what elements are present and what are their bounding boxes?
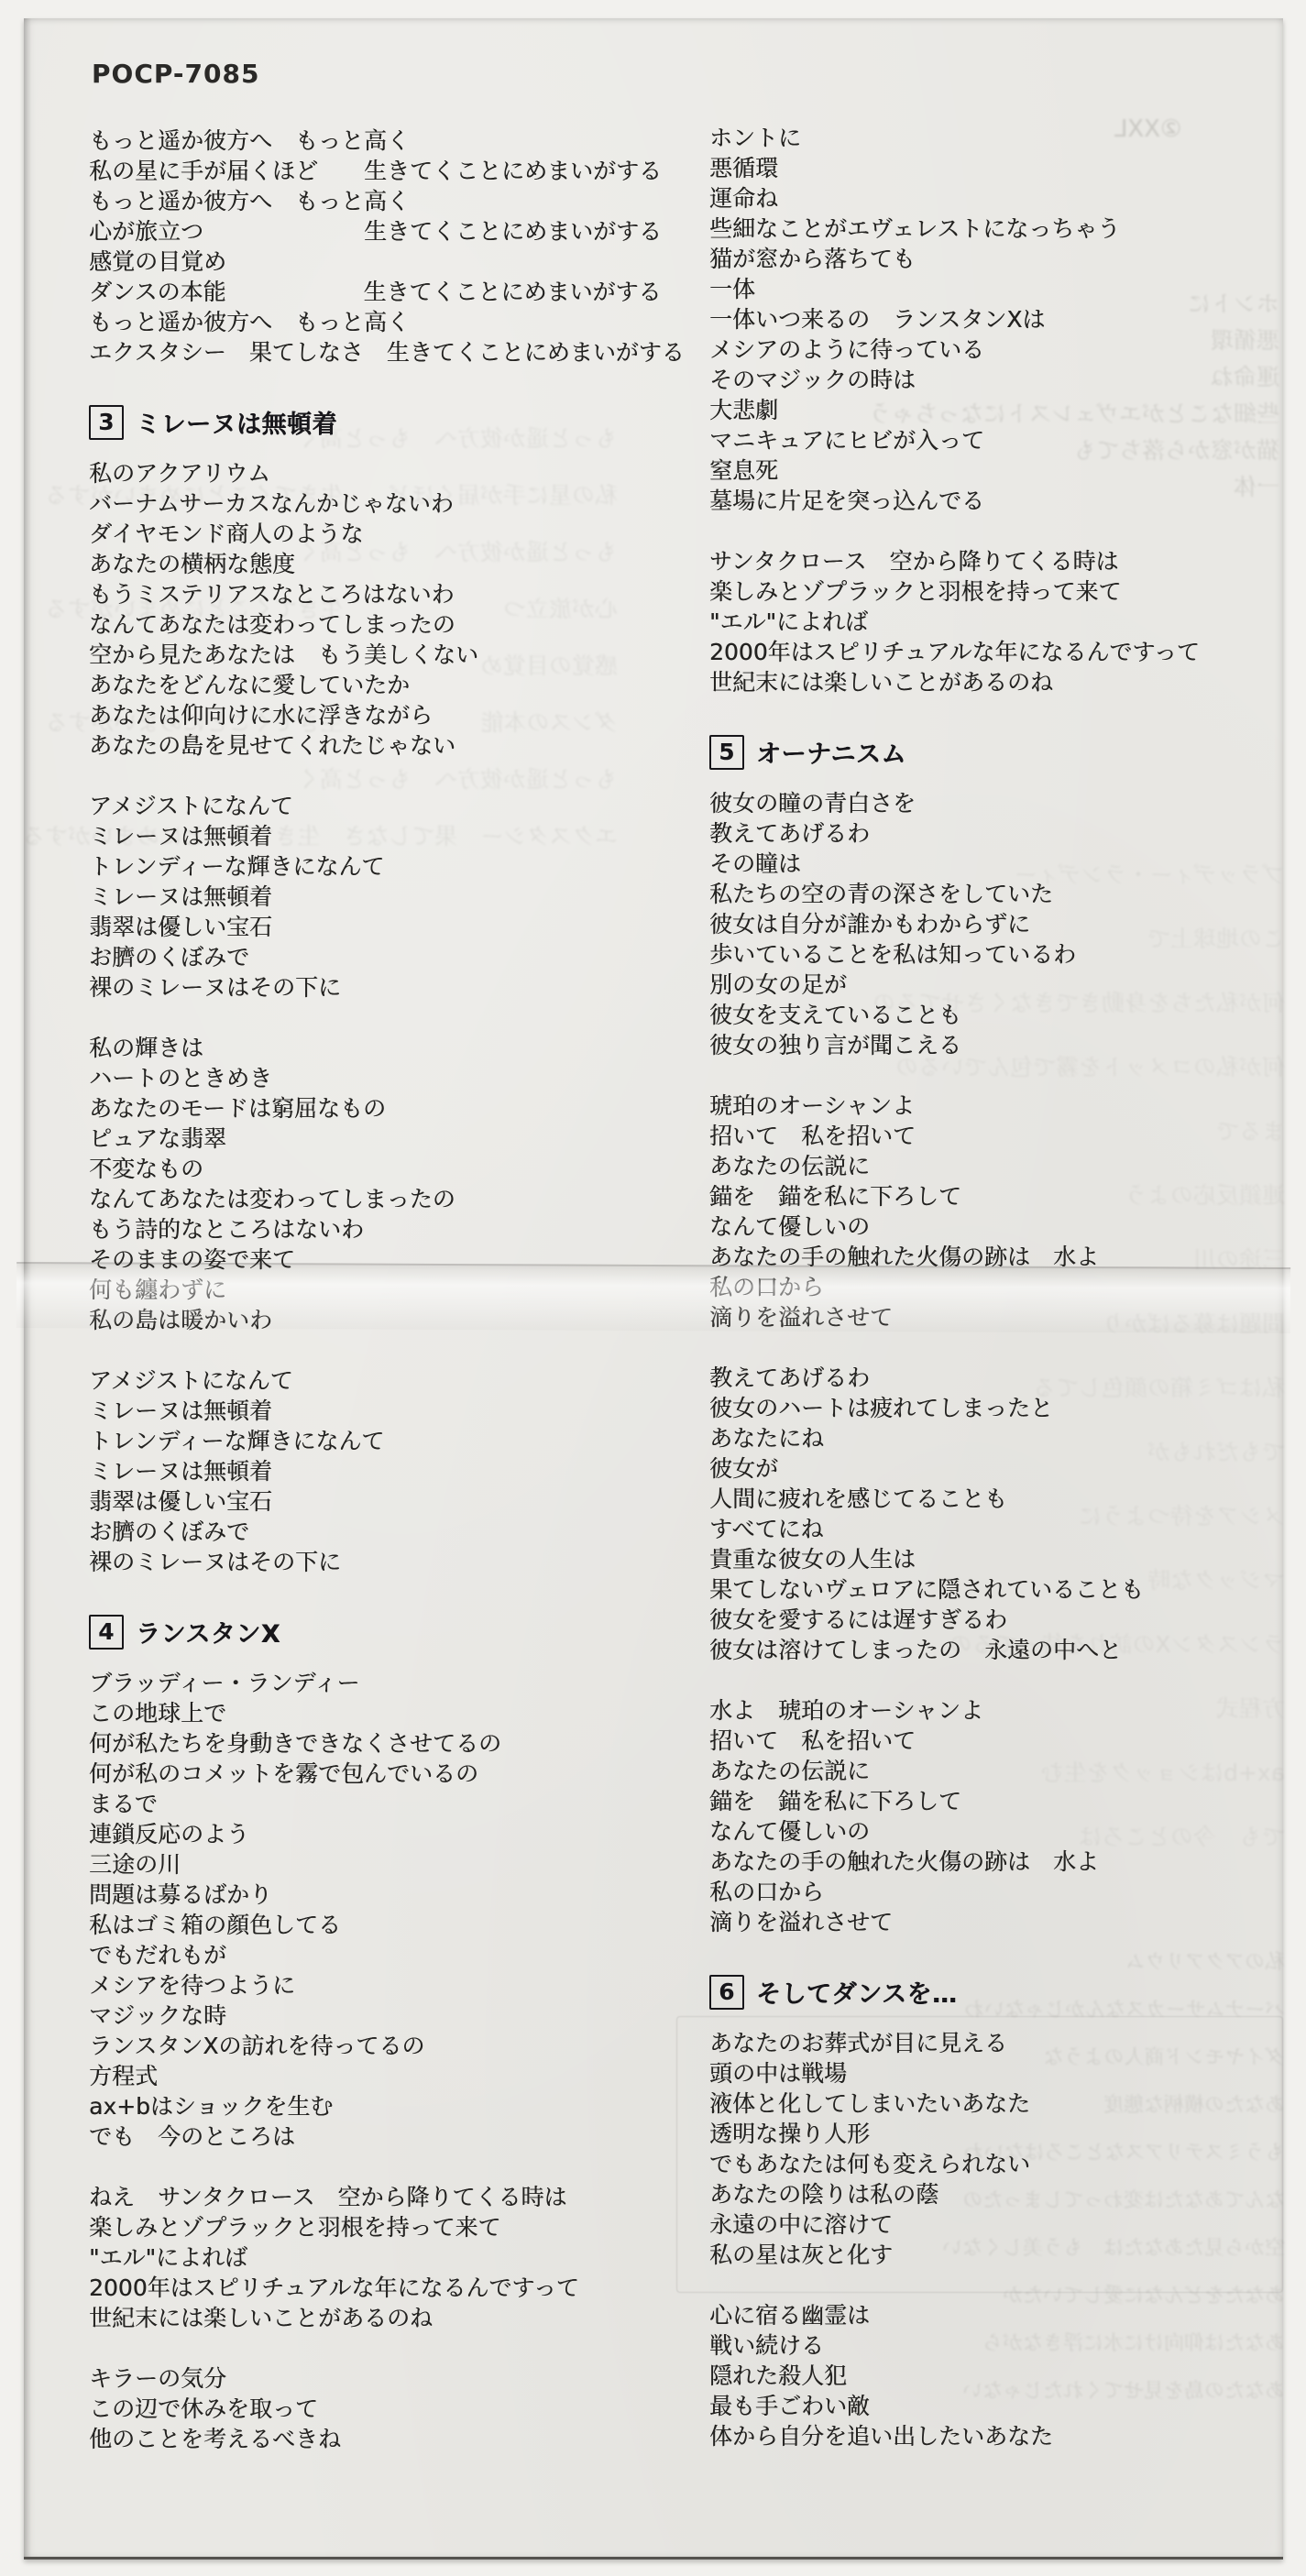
lyric-line: トレンディーな輝きになんて bbox=[89, 1426, 694, 1456]
lyric-line: マジックな時 bbox=[89, 2001, 694, 2031]
lyric-line: 彼女は溶けてしまったの 永遠の中へと bbox=[709, 1635, 1305, 1665]
lyric-line: トレンディーな輝きになんて bbox=[89, 851, 694, 882]
lyric-line: 彼女を支えていることも bbox=[709, 1000, 1305, 1030]
lyric-line: なんて優しいの bbox=[709, 1211, 1305, 1242]
track-number-box: 4 bbox=[89, 1615, 124, 1650]
lyric-line: 別の女の足が bbox=[709, 970, 1305, 1000]
lyric-line: 2000年はスピリチュアルな年になるんですって bbox=[709, 637, 1305, 667]
paper-left-edge bbox=[24, 18, 31, 2557]
lyric-line: 歩いていることを私は知っているわ bbox=[709, 939, 1305, 970]
lyric-line: 私の口から bbox=[709, 1272, 1305, 1302]
lyric-line: そのままの姿で来て bbox=[89, 1244, 694, 1275]
lyric-line: もっと遥か彼方へ もっと高く bbox=[89, 307, 694, 337]
lyric-line: 裸のミレーヌはその下に bbox=[89, 1547, 694, 1577]
lyric-line: 三途の川 bbox=[89, 1849, 694, 1880]
booklet-page: POCP-7085 ②XXL もっと遥か彼方へ もっと高く私の星に手が届くほど … bbox=[24, 18, 1283, 2560]
lyric-line: あなたのモードは窮屈なもの bbox=[89, 1093, 694, 1124]
lyric-line: 窒息死 bbox=[709, 455, 1305, 486]
lyric-stanza: 私の輝きはハートのときめきあなたのモードは窮屈なものピュアな翡翠不変なものなんて… bbox=[89, 1033, 694, 1335]
track-title: そしてダンスを… bbox=[756, 1974, 957, 2010]
lyric-line: 彼女の独り言が聞こえる bbox=[709, 1030, 1305, 1060]
lyric-line: 琥珀のオーシャンよ bbox=[709, 1091, 1305, 1121]
track-heading: 3ミレーヌは無頓着 bbox=[89, 404, 694, 440]
lyric-line: 翡翠は優しい宝石 bbox=[89, 1486, 694, 1517]
lyric-line: 頭の中は戦場 bbox=[709, 2058, 1305, 2088]
lyric-stanza: キラーの気分この辺で休みを取って他のことを考えるべきね bbox=[89, 2363, 694, 2454]
lyric-line: この辺で休みを取って bbox=[89, 2394, 694, 2424]
lyric-line: 不変なもの bbox=[89, 1154, 694, 1184]
lyric-line: 彼女を愛するには遅すぎるわ bbox=[709, 1605, 1305, 1635]
lyric-line: あなたの島を見せてくれたじゃない bbox=[89, 730, 694, 761]
lyric-line: 私の輝きは bbox=[89, 1033, 694, 1063]
lyric-line: 透明な操り人形 bbox=[709, 2119, 1305, 2149]
lyric-line: ミレーヌは無頓着 bbox=[89, 821, 694, 851]
lyric-line: ピュアな翡翠 bbox=[89, 1124, 694, 1154]
lyric-line: もうミステリアスなところはないわ bbox=[89, 579, 694, 609]
lyric-line: 私の星は灰と化す bbox=[709, 2240, 1305, 2270]
lyric-line: ダイヤモンド商人のような bbox=[89, 519, 694, 549]
lyric-line: 隠れた殺人犯 bbox=[709, 2361, 1305, 2391]
lyric-line: 私はゴミ箱の顔色してる bbox=[89, 1910, 694, 1940]
lyric-line: ブラッディー・ランディー bbox=[89, 1668, 694, 1698]
lyric-line: マニキュアにヒビが入って bbox=[709, 425, 1305, 455]
lyric-line: 彼女が bbox=[709, 1453, 1305, 1484]
lyric-line: 悪循環 bbox=[709, 153, 1305, 183]
track-heading: 4ランスタンX bbox=[89, 1614, 694, 1650]
lyric-line: 私たちの空の青の深さをしていた bbox=[709, 879, 1305, 909]
lyric-line: もっと遥か彼方へ もっと高く bbox=[89, 186, 694, 216]
lyric-line: すべてにね bbox=[709, 1514, 1305, 1544]
lyric-line: もう詩的なところはないわ bbox=[89, 1214, 694, 1244]
lyric-line: なんて優しいの bbox=[709, 1816, 1305, 1847]
lyric-line: 彼女は自分が誰かもわからずに bbox=[709, 909, 1305, 939]
lyric-line: 一体 bbox=[709, 274, 1305, 304]
lyric-line: あなたをどんなに愛していたか bbox=[89, 670, 694, 700]
lyric-line: あなたの陰りは私の蔭 bbox=[709, 2179, 1305, 2209]
lyric-line: 楽しみとゾプラックと羽根を持って来て bbox=[89, 2212, 694, 2242]
lyric-line: ホントに bbox=[709, 123, 1305, 153]
lyric-line: 人間に疲れを感じてることも bbox=[709, 1484, 1305, 1514]
lyric-line: ランスタンXの訪れを待ってるの bbox=[89, 2031, 694, 2061]
lyric-line: エクスタシー 果てしなさ 生きてくことにめまいがする bbox=[89, 337, 694, 367]
lyric-line: 戦い続ける bbox=[709, 2330, 1305, 2361]
lyric-line: もっと遥か彼方へ もっと高く bbox=[89, 126, 694, 156]
lyric-line: 液体と化してしまいたいあなた bbox=[709, 2088, 1305, 2119]
lyric-line: 彼女のハートは疲れてしまったと bbox=[709, 1393, 1305, 1423]
lyric-line: 裸のミレーヌはその下に bbox=[89, 972, 694, 1003]
lyric-line: "エル"によれば bbox=[709, 607, 1305, 637]
lyric-line: 墓場に片足を突っ込んでる bbox=[709, 486, 1305, 516]
lyric-line: アメジストになんて bbox=[89, 1365, 694, 1396]
lyric-line: 世紀末には楽しいことがあるのね bbox=[709, 667, 1305, 697]
lyric-line: 彼女の瞳の青白さを bbox=[709, 788, 1305, 818]
lyric-stanza: アメジストになんてミレーヌは無頓着トレンディーな輝きになんてミレーヌは無頓着翡翠… bbox=[89, 1365, 694, 1577]
lyric-line: 心に宿る幽霊は bbox=[709, 2300, 1305, 2330]
lyric-line: あなたの手の触れた火傷の跡は 水よ bbox=[709, 1242, 1305, 1272]
lyric-line: 最も手ごわい敵 bbox=[709, 2391, 1305, 2421]
lyrics-column-left: もっと遥か彼方へ もっと高く私の星に手が届くほど 生きてくことにめまいがするもっ… bbox=[89, 126, 694, 2484]
lyric-line: 何も纏わずに bbox=[89, 1275, 694, 1305]
lyric-line: あなたは仰向けに水に浮きながら bbox=[89, 700, 694, 730]
lyric-line: 教えてあげるわ bbox=[709, 1363, 1305, 1393]
lyric-stanza: サンタクロース 空から降りてくる時は楽しみとゾプラックと羽根を持って来て"エル"… bbox=[709, 546, 1305, 697]
track-number-box: 6 bbox=[709, 1975, 744, 2010]
lyric-line: バーナムサーカスなんかじゃないわ bbox=[89, 488, 694, 519]
lyric-line: あなたの横柄な態度 bbox=[89, 549, 694, 579]
lyric-line: "エル"によれば bbox=[89, 2242, 694, 2273]
lyric-stanza: もっと遥か彼方へ もっと高く私の星に手が届くほど 生きてくことにめまいがするもっ… bbox=[89, 126, 694, 367]
lyric-line: キラーの気分 bbox=[89, 2363, 694, 2394]
lyric-line: 私のアクアリウム bbox=[89, 458, 694, 488]
lyric-line: ミレーヌは無頓着 bbox=[89, 1456, 694, 1486]
lyric-line: 楽しみとゾプラックと羽根を持って来て bbox=[709, 576, 1305, 607]
lyric-line: 一体いつ来るの ランスタンXは bbox=[709, 304, 1305, 334]
lyric-line: 滴りを溢れさせて bbox=[709, 1907, 1305, 1937]
lyric-line: 感覚の目覚め bbox=[89, 247, 694, 277]
track-title: ミレーヌは無頓着 bbox=[136, 404, 337, 440]
lyric-line: ax+bはショックを生む bbox=[89, 2091, 694, 2121]
lyric-line: 錨を 錨を私に下ろして bbox=[709, 1181, 1305, 1211]
lyric-line: 大悲劇 bbox=[709, 395, 1305, 425]
lyric-line: 貴重な彼女の人生は bbox=[709, 1544, 1305, 1574]
lyric-line: ミレーヌは無頓着 bbox=[89, 882, 694, 912]
track-heading: 5オーナニスム bbox=[709, 734, 1305, 770]
lyric-line: でも 今のところは bbox=[89, 2121, 694, 2152]
lyric-stanza: 琥珀のオーシャンよ招いて 私を招いてあなたの伝説に錨を 錨を私に下ろしてなんて優… bbox=[709, 1091, 1305, 1332]
lyric-line: あなたにね bbox=[709, 1423, 1305, 1453]
lyric-line: 私の島は暖かいわ bbox=[89, 1305, 694, 1335]
lyric-line: 水よ 琥珀のオーシャンよ bbox=[709, 1695, 1305, 1726]
lyric-line: 翡翠は優しい宝石 bbox=[89, 912, 694, 942]
lyric-stanza: 水よ 琥珀のオーシャンよ招いて 私を招いてあなたの伝説に錨を 錨を私に下ろしてな… bbox=[709, 1695, 1305, 1937]
lyric-line: 些細なことがエヴェレストになっちゃう bbox=[709, 214, 1305, 244]
lyric-line: 何が私のコメットを霧で包んでいるの bbox=[89, 1759, 694, 1789]
lyric-line: あなたの伝説に bbox=[709, 1151, 1305, 1181]
lyric-line: メシアを待つように bbox=[89, 1970, 694, 2001]
lyric-line: まるで bbox=[89, 1789, 694, 1819]
lyric-line: なんてあなたは変わってしまったの bbox=[89, 609, 694, 640]
lyric-line: 空から見たあなたは もう美しくない bbox=[89, 640, 694, 670]
scanned-lyric-booklet: { "page": { "catalog": "POCP-7085" }, "b… bbox=[0, 0, 1306, 2576]
lyric-line: あなたの伝説に bbox=[709, 1756, 1305, 1786]
lyric-line: そのマジックの時は bbox=[709, 365, 1305, 395]
track-title: ランスタンX bbox=[136, 1614, 280, 1650]
track-number-box: 3 bbox=[89, 405, 124, 440]
lyric-line: 永遠の中に溶けて bbox=[709, 2209, 1305, 2240]
lyric-line: 滴りを溢れさせて bbox=[709, 1302, 1305, 1332]
lyric-line: 果てしないヴェロアに隠されていることも bbox=[709, 1574, 1305, 1605]
lyric-line: 招いて 私を招いて bbox=[709, 1121, 1305, 1151]
lyric-stanza: 私のアクアリウムバーナムサーカスなんかじゃないわダイヤモンド商人のようなあなたの… bbox=[89, 458, 694, 761]
lyric-line: 2000年はスピリチュアルな年になるんですって bbox=[89, 2273, 694, 2303]
lyric-line: でもだれもが bbox=[89, 1940, 694, 1970]
lyric-line: アメジストになんて bbox=[89, 791, 694, 821]
lyrics-column-right: ホントに悪循環運命ね些細なことがエヴェレストになっちゃう猫が窓から落ちても一体一… bbox=[709, 123, 1305, 2482]
lyric-line: 招いて 私を招いて bbox=[709, 1726, 1305, 1756]
lyric-line: 他のことを考えるべきね bbox=[89, 2424, 694, 2454]
lyric-line: 私の口から bbox=[709, 1877, 1305, 1907]
lyric-stanza: アメジストになんてミレーヌは無頓着トレンディーな輝きになんてミレーヌは無頓着翡翠… bbox=[89, 791, 694, 1003]
lyric-stanza: ねえ サンタクロース 空から降りてくる時は楽しみとゾプラックと羽根を持って来て"… bbox=[89, 2182, 694, 2333]
lyric-line: 心が旅立つ 生きてくことにめまいがする bbox=[89, 216, 694, 247]
lyric-line: 世紀末には楽しいことがあるのね bbox=[89, 2303, 694, 2333]
lyric-line: サンタクロース 空から降りてくる時は bbox=[709, 546, 1305, 576]
lyric-stanza: あなたのお葬式が目に見える頭の中は戦場液体と化してしまいたいあなた透明な操り人形… bbox=[709, 2028, 1305, 2270]
lyric-line: お臍のくぼみで bbox=[89, 1517, 694, 1547]
lyric-stanza: ホントに悪循環運命ね些細なことがエヴェレストになっちゃう猫が窓から落ちても一体一… bbox=[709, 123, 1305, 516]
lyric-stanza: 彼女の瞳の青白さを教えてあげるわその瞳は私たちの空の青の深さをしていた彼女は自分… bbox=[709, 788, 1305, 1060]
catalog-number: POCP-7085 bbox=[92, 59, 259, 89]
lyric-stanza: 心に宿る幽霊は戦い続ける隠れた殺人犯最も手ごわい敵体から自分を追い出したいあなた bbox=[709, 2300, 1305, 2451]
lyric-line: お臍のくぼみで bbox=[89, 942, 694, 972]
lyric-line: 運命ね bbox=[709, 183, 1305, 214]
lyric-line: この地球上で bbox=[89, 1698, 694, 1728]
lyric-stanza: 教えてあげるわ彼女のハートは疲れてしまったとあなたにね彼女が人間に疲れを感じてる… bbox=[709, 1363, 1305, 1665]
lyric-line: あなたのお葬式が目に見える bbox=[709, 2028, 1305, 2058]
lyric-line: 私の星に手が届くほど 生きてくことにめまいがする bbox=[89, 156, 694, 186]
lyric-line: その瞳は bbox=[709, 849, 1305, 879]
lyric-line: ダンスの本能 生きてくことにめまいがする bbox=[89, 277, 694, 307]
lyric-line: ハートのときめき bbox=[89, 1063, 694, 1093]
lyric-line: なんてあなたは変わってしまったの bbox=[89, 1184, 694, 1214]
lyric-line: 体から自分を追い出したいあなた bbox=[709, 2421, 1305, 2451]
track-heading: 6そしてダンスを… bbox=[709, 1974, 1305, 2010]
lyric-line: 問題は募るばかり bbox=[89, 1880, 694, 1910]
lyric-line: メシアのように待っている bbox=[709, 334, 1305, 365]
lyric-line: 猫が窓から落ちても bbox=[709, 244, 1305, 274]
track-title: オーナニスム bbox=[756, 734, 906, 770]
lyric-stanza: ブラッディー・ランディーこの地球上で何が私たちを身動きできなくさせてるの何が私の… bbox=[89, 1668, 694, 2152]
lyric-line: 錨を 錨を私に下ろして bbox=[709, 1786, 1305, 1816]
lyric-line: 方程式 bbox=[89, 2061, 694, 2091]
lyric-line: 教えてあげるわ bbox=[709, 818, 1305, 849]
lyric-line: 何が私たちを身動きできなくさせてるの bbox=[89, 1728, 694, 1759]
lyric-line: でもあなたは何も変えられない bbox=[709, 2149, 1305, 2179]
lyric-line: 連鎖反応のよう bbox=[89, 1819, 694, 1849]
lyric-line: あなたの手の触れた火傷の跡は 水よ bbox=[709, 1847, 1305, 1877]
track-number-box: 5 bbox=[709, 735, 744, 770]
lyric-line: ミレーヌは無頓着 bbox=[89, 1396, 694, 1426]
lyric-line: ねえ サンタクロース 空から降りてくる時は bbox=[89, 2182, 694, 2212]
